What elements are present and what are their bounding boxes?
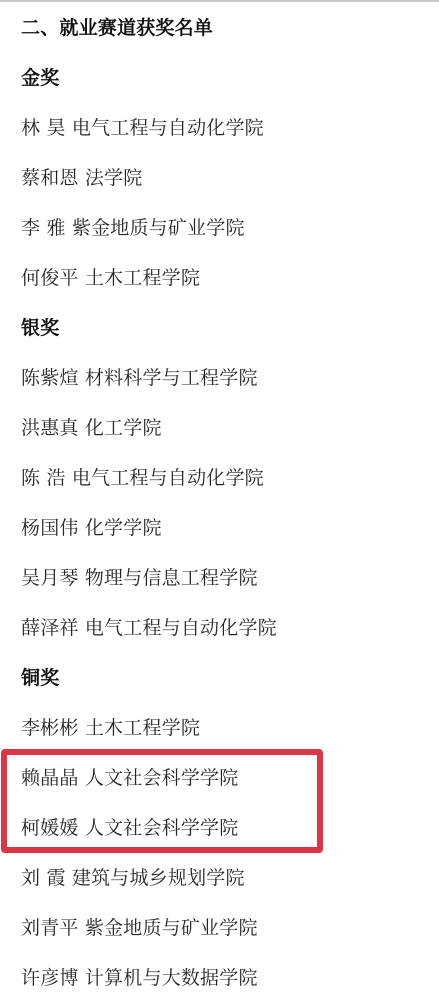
list-item: 刘青平 紫金地质与矿业学院 (21, 916, 258, 940)
top-divider (0, 0, 439, 2)
list-item: 洪惠真 化工学院 (21, 416, 162, 440)
list-item: 杨国伟 化学学院 (21, 516, 162, 540)
list-item: 李彬彬 土木工程学院 (21, 716, 200, 740)
list-item: 吴月琴 物理与信息工程学院 (21, 566, 258, 590)
group-heading-silver: 银奖 (21, 316, 59, 340)
list-item: 林 昊 电气工程与自动化学院 (21, 116, 264, 140)
list-item: 刘 霞 建筑与城乡规划学院 (21, 866, 245, 890)
list-item: 陈 浩 电气工程与自动化学院 (21, 466, 264, 490)
group-heading-gold: 金奖 (21, 66, 59, 90)
list-item: 陈紫煊 材料科学与工程学院 (21, 366, 258, 390)
list-item: 何俊平 土木工程学院 (21, 266, 200, 290)
list-item: 李 雅 紫金地质与矿业学院 (21, 216, 245, 240)
group-heading-bronze: 铜奖 (21, 666, 59, 690)
section-title: 二、就业赛道获奖名单 (21, 16, 213, 40)
list-item: 蔡和恩 法学院 (21, 166, 142, 190)
list-item: 薛泽祥 电气工程与自动化学院 (21, 616, 277, 640)
red-highlight-box (1, 749, 323, 853)
list-item: 许彦博 计算机与大数据学院 (21, 966, 258, 990)
